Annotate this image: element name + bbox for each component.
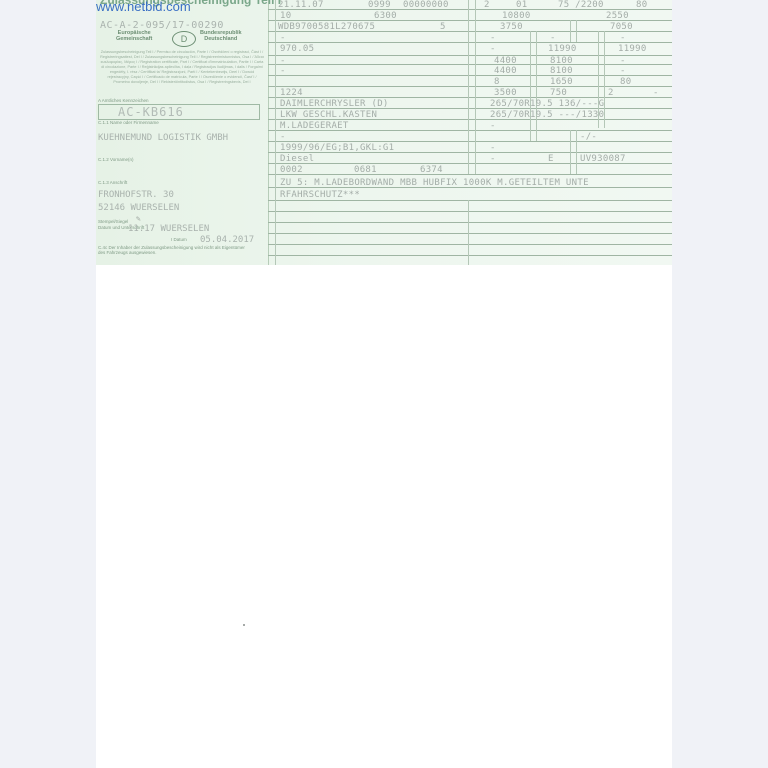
country-label: BundesrepublikDeutschland: [200, 30, 242, 42]
registration-certificate-scan: AC-A-2-095/17-00290 EuropäischeGemeinsch…: [96, 0, 672, 265]
field-r1a: 2: [484, 0, 490, 10]
issue-date: 05.04.2017: [200, 235, 254, 245]
field-r6b: 8100: [550, 56, 573, 66]
field-r7c: -: [620, 66, 626, 76]
field-2-1: 0999: [368, 0, 391, 10]
field-r13a: -: [490, 143, 496, 153]
field-r12a: -: [490, 121, 496, 131]
holder-name: KUEHNEMUND LOGISTIK GMBH: [98, 133, 228, 143]
field-r5b: 11990: [548, 44, 577, 54]
field-r9c: 2: [608, 88, 614, 98]
field-r14b: E: [548, 154, 554, 164]
field-r14c: UV930087: [580, 154, 626, 164]
field-r8b: 1650: [550, 77, 573, 87]
field-r4c: -: [620, 33, 626, 43]
field-r5c: 11990: [618, 44, 647, 54]
field-r1d: 80: [636, 0, 647, 10]
field-3: 10: [280, 11, 291, 21]
field-r12b: -/-: [580, 132, 597, 142]
vehicle-type-2: M.LADEGERAET: [280, 121, 349, 131]
field-2-2: 00000000: [403, 0, 449, 10]
vehicle-make: DAIMLERCHRYSLER (D): [280, 99, 389, 109]
issue-place: 11.17 WUERSELEN: [128, 224, 209, 234]
left-panel: AC-A-2-095/17-00290 EuropäischeGemeinsch…: [96, 0, 269, 265]
field-r2b: 2550: [606, 11, 629, 21]
field-r9b: 750: [550, 88, 567, 98]
field-r8a: 8: [494, 77, 500, 87]
vehicle-data-table: 21.11.07 0999 00000000 10 6300 WDB970058…: [268, 0, 672, 265]
remarks-line-1: ZU 5: M.LADEBORDWAND MBB HUBFIX 1000K M.…: [280, 178, 589, 188]
holder-label: C.1.1 Name oder Firmenname: [98, 120, 159, 125]
field-r3a: 3750: [500, 22, 523, 32]
address-label: C.1.3 Anschrift: [98, 180, 127, 185]
first-registration-date: 21.11.07: [278, 0, 324, 10]
eu-label: EuropäischeGemeinschaft: [116, 30, 152, 42]
vehicle-type: LKW GESCHL.KASTEN: [280, 110, 377, 120]
field-r9a: 3500: [494, 88, 517, 98]
field-r4a: -: [490, 33, 496, 43]
field-r1b: 01: [516, 0, 527, 10]
vin: WDB9700581L270675: [278, 22, 375, 32]
address-street: FRONHOFSTR. 30: [98, 190, 174, 200]
field-4: 6300: [374, 11, 397, 21]
field-2-2-code: 1224: [280, 88, 303, 98]
field-r7a: 4400: [494, 66, 517, 76]
address-city: 52146 WUERSELEN: [98, 203, 179, 213]
field-r8c: 80: [620, 77, 631, 87]
tyre-size-1: 265/70R19.5 136/---G: [490, 99, 604, 109]
field-r6a: 4400: [494, 56, 517, 66]
field-d2: 970.05: [280, 44, 314, 54]
plate-label: A Amtliches Kennzeichen: [98, 98, 149, 103]
field-r1c: 75 /2200: [558, 0, 604, 10]
vin-check-digit: 5: [440, 22, 446, 32]
field-dash-2: -: [280, 132, 286, 142]
fuel-type: Diesel: [280, 154, 314, 164]
remarks-line-2: RFAHRSCHUTZ***: [280, 190, 360, 200]
eu-header: EuropäischeGemeinschaft D Bundesrepublik…: [116, 30, 266, 48]
field-d2-dash: -: [280, 33, 286, 43]
signature-mark: ✎: [136, 214, 141, 223]
holder-footnote: C.4c Der Inhaber der Zulassungsbescheini…: [98, 245, 248, 255]
field-blank: -: [280, 66, 286, 76]
field-r2a: 10800: [502, 11, 531, 21]
emission-class: 1999/96/EG;B1,GKL:G1: [280, 143, 394, 153]
key-number-3: 6374: [420, 165, 443, 175]
key-number-1: 0002: [280, 165, 303, 175]
field-r4b: -: [550, 33, 556, 43]
field-d2-b: -: [280, 56, 286, 66]
multilingual-fine-print: Zulassungsbescheinigung Teil I / Permiso…: [100, 50, 264, 85]
field-r5a: -: [490, 44, 496, 54]
tyre-size-2: 265/70R19.5 ---/1330: [490, 110, 604, 120]
field-r9d: -: [653, 88, 659, 98]
license-plate: AC-KB616: [118, 105, 184, 119]
field-r6c: -: [620, 56, 626, 66]
firstname-label: C.1.2 Vorname(n): [98, 157, 134, 162]
field-r7b: 8100: [550, 66, 573, 76]
field-r3b: 7050: [610, 22, 633, 32]
scan-speck: [243, 624, 245, 626]
watermark-url: www.netbid.com: [96, 0, 191, 14]
key-number-2: 0681: [354, 165, 377, 175]
country-code-badge: D: [172, 31, 196, 47]
date-label: I Datum: [171, 237, 187, 242]
field-r14a: -: [490, 154, 496, 164]
